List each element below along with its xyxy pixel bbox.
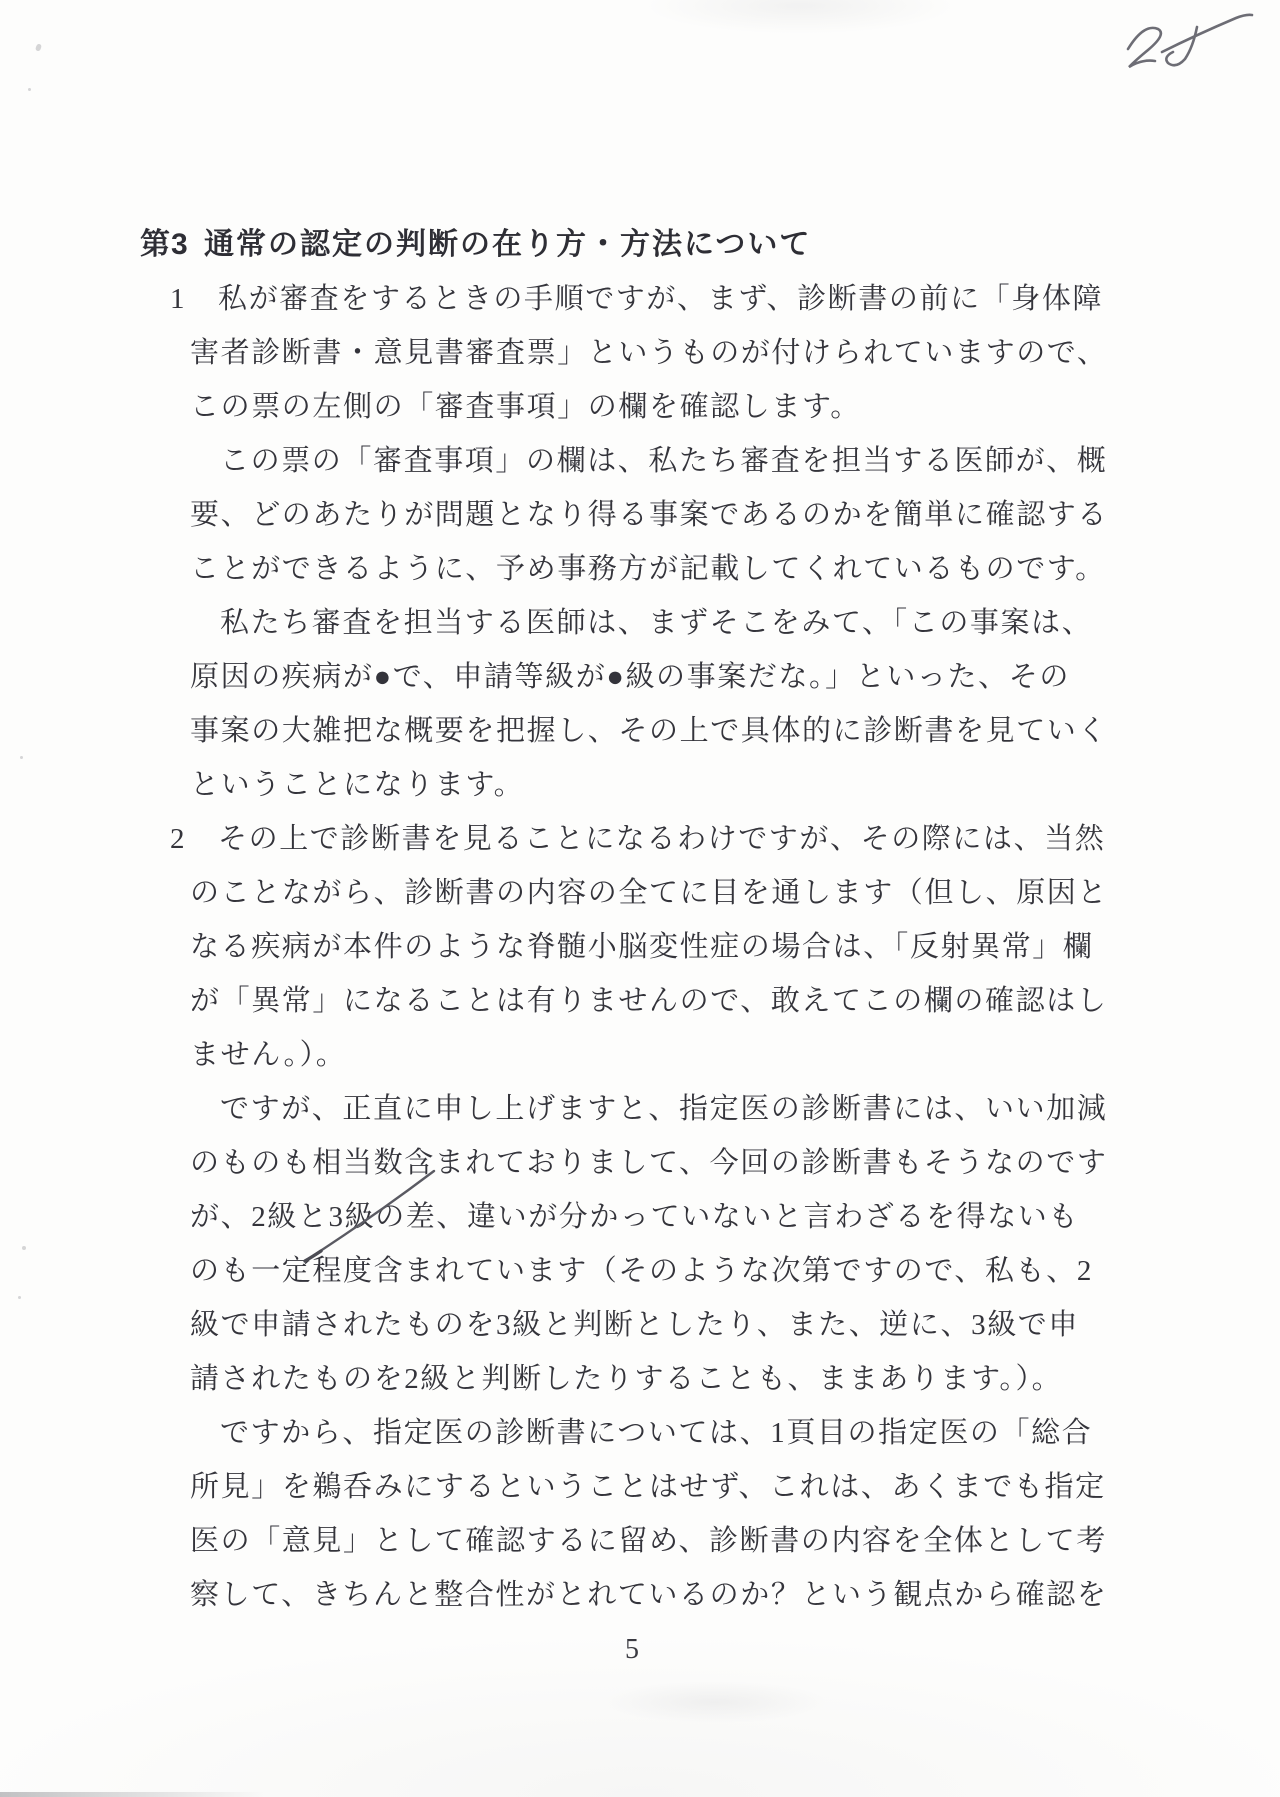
text-line: 原因の疾病が●で、申請等級が●級の事案だな。」といった、その [0,650,1280,704]
text-line: ですから、指定医の診断書については、1頁目の指定医の「総合 [0,1406,1280,1460]
handwritten-flourish [1162,15,1252,52]
line-text: その上で診断書を見ることになるわけですが、その際には、当然 [218,823,1105,855]
list-number: 2 [170,812,218,866]
scan-speck [28,88,31,91]
line-text: ですから、指定医の診断書については、1頁目の指定医の「総合 [220,1417,1092,1449]
line-text: のものも相当数含まれておりまして、今回の診断書もそうなのです [190,1147,1107,1179]
document-body: 第3通常の認定の判断の在り方・方法について 1私が審査をするときの手順ですが、ま… [0,218,1280,1622]
line-text: なる疾病が本件のような脊髄小脳変性症の場合は、「反射異常」欄 [190,931,1094,963]
text-line: 医の「意見」として確認するに留め、診断書の内容を全体として考 [0,1514,1280,1568]
line-text: ということになります。 [190,769,524,801]
line-text: 級で申請されたものを3級と判断としたり、また、逆に、3級で申 [190,1309,1079,1341]
text-line: ことができるように、予め事務方が記載してくれているものです。 [0,542,1280,596]
paragraph-lines: 1私が審査をするときの手順ですが、まず、診断書の前に「身体障 害者診断書・意見書… [0,272,1280,1622]
line-text: のことながら、診断書の内容の全てに目を通します（但し、原因と [190,877,1108,909]
list-number: 1 [170,272,218,326]
text-line: この票の左側の「審査事項」の欄を確認します。 [0,380,1280,434]
handwritten-digit-5 [1166,27,1197,65]
text-line: 私たち審査を担当する医師は、まずそこをみて、「この事案は、 [0,596,1280,650]
line-text: が、2級と3級の差、違いが分かっていないと言わざるを得ないも [190,1201,1079,1233]
line-text: 医の「意見」として確認するに留め、診断書の内容を全体として考 [190,1525,1107,1557]
line-text: ません。）。 [190,1039,346,1071]
line-text: が「異常」になることは有りませんので、敢えてこの欄の確認はし [190,985,1107,1017]
section-heading: 第3通常の認定の判断の在り方・方法について [0,218,1280,272]
text-line: ということになります。 [0,758,1280,812]
text-line: のも一定程度含まれています（そのような次第ですので、私も、2 [0,1244,1280,1298]
line-text: のも一定程度含まれています（そのような次第ですので、私も、2 [190,1255,1093,1287]
text-line: 害者診断書・意見書審査票」というものが付けられていますので、 [0,326,1280,380]
section-number: 第3 [140,218,204,272]
line-text: 事案の大雑把な概要を把握し、その上で具体的に診断書を見ていく [190,715,1108,747]
text-line: 1私が審査をするときの手順ですが、まず、診断書の前に「身体障 [0,272,1280,326]
handwritten-page-mark: 25 [1100,5,1260,95]
line-text: 原因の疾病が●で、申請等級が●級の事案だな。」といった、その [190,661,1070,693]
text-line: が「異常」になることは有りませんので、敢えてこの欄の確認はし [0,974,1280,1028]
line-text: 請されたものを2級と判断したりすることも、ままあります。）。 [190,1363,1062,1395]
text-line: 察して、きちんと整合性がとれているのか？という観点から確認を [0,1568,1280,1622]
line-text: ことができるように、予め事務方が記載してくれているものです。 [190,553,1106,585]
text-line: ません。）。 [0,1028,1280,1082]
text-line: 2その上で診断書を見ることになるわけですが、その際には、当然 [0,812,1280,866]
scan-speck [35,43,42,51]
line-text: この票の「審査事項」の欄は、私たち審査を担当する医師が、概 [220,445,1107,477]
text-line: ですが、正直に申し上げますと、指定医の診断書には、いい加減 [0,1082,1280,1136]
text-line: 級で申請されたものを3級と判断としたり、また、逆に、3級で申 [0,1298,1280,1352]
line-text: 要、どのあたりが問題となり得る事案であるのかを簡単に確認する [190,499,1108,531]
text-line: のことながら、診断書の内容の全てに目を通します（但し、原因と [0,866,1280,920]
text-line: 要、どのあたりが問題となり得る事案であるのかを簡単に確認する [0,488,1280,542]
line-text: この票の左側の「審査事項」の欄を確認します。 [190,391,861,423]
line-text: 所見」を鵜呑みにするということはせず、これは、あくまでも指定 [190,1471,1106,1503]
handwritten-digit-2 [1128,28,1161,67]
line-text: ですが、正直に申し上げますと、指定医の診断書には、いい加減 [220,1093,1107,1125]
line-text: 私が審査をするときの手順ですが、まず、診断書の前に「身体障 [218,283,1103,315]
page-number: 5 [612,1634,652,1666]
text-line: 事案の大雑把な概要を把握し、その上で具体的に診断書を見ていく [0,704,1280,758]
text-line: この票の「審査事項」の欄は、私たち審査を担当する医師が、概 [0,434,1280,488]
scanned-document-page: 25 第3通常の認定の判断の在り方・方法について 1私が審査をするときの手順です… [0,0,1280,1797]
section-title: 通常の認定の判断の在り方・方法について [204,228,811,261]
text-line: 請されたものを2級と判断したりすることも、ままあります。）。 [0,1352,1280,1406]
text-line: のものも相当数含まれておりまして、今回の診断書もそうなのです [0,1136,1280,1190]
text-line: なる疾病が本件のような脊髄小脳変性症の場合は、「反射異常」欄 [0,920,1280,974]
text-line: 所見」を鵜呑みにするということはせず、これは、あくまでも指定 [0,1460,1280,1514]
line-text: 察して、きちんと整合性がとれているのか？という観点から確認を [190,1579,1107,1611]
line-text: 私たち審査を担当する医師は、まずそこをみて、「この事案は、 [220,607,1092,639]
scan-edge-shadow [0,1792,265,1797]
text-line: が、2級と3級の差、違いが分かっていないと言わざるを得ないも [0,1190,1280,1244]
line-text: 害者診断書・意見書審査票」というものが付けられていますので、 [190,337,1107,369]
